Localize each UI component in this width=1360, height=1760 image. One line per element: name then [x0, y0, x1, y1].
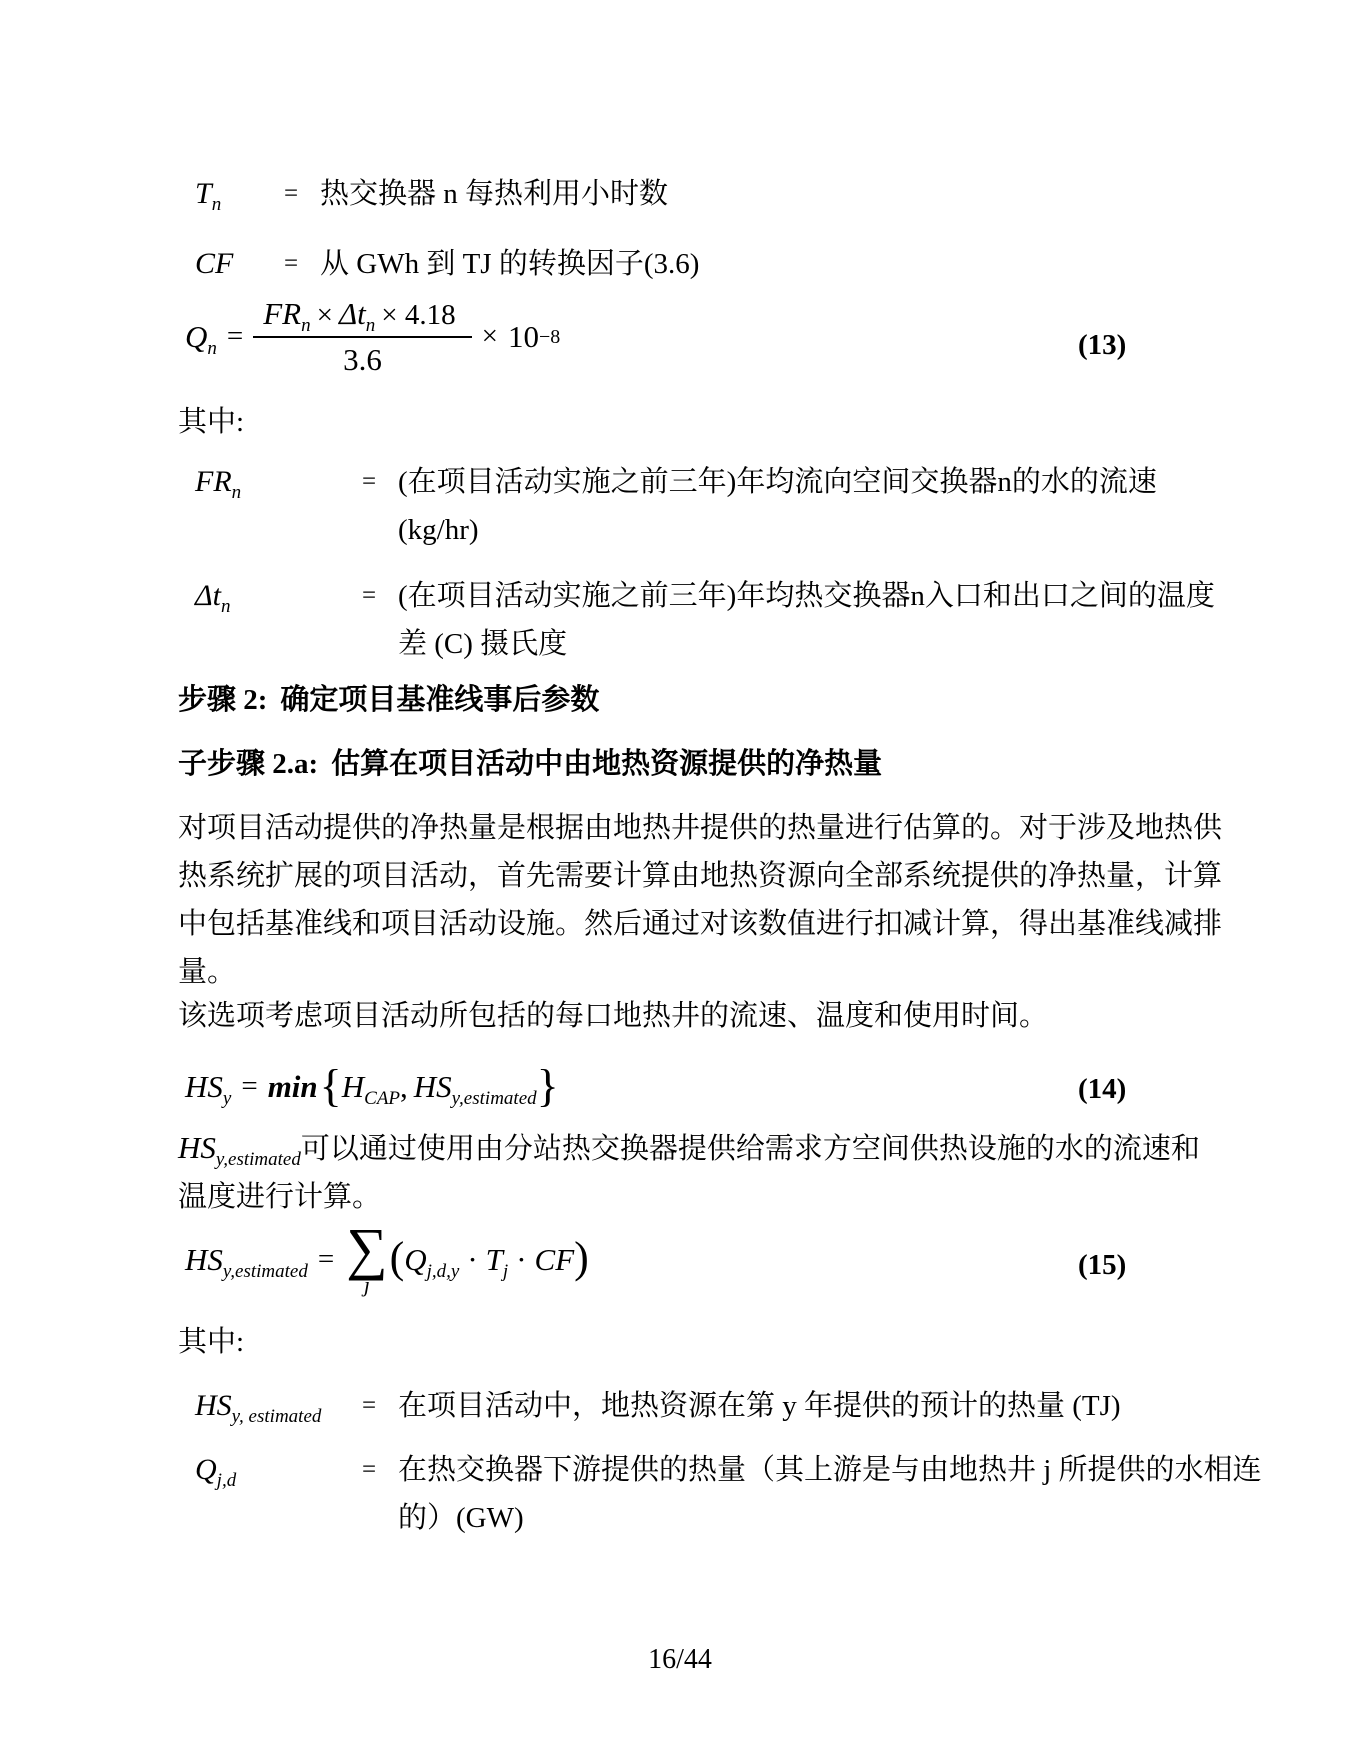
var-HS: HS	[185, 1242, 223, 1277]
equals-sign: =	[362, 1382, 376, 1430]
symbol-sub: y, estimated	[232, 1406, 322, 1427]
paragraph-line: 中包括基准线和项目活动设施。然后通过对该数值进行扣减计算，得出基准线减排	[178, 900, 1222, 948]
times-sign: ×	[482, 320, 498, 353]
equation-number-15: (15)	[1078, 1248, 1126, 1282]
var-Q-sub: j,d,y	[427, 1261, 460, 1282]
arg-T: Tj	[486, 1242, 509, 1278]
sigma-symbol: ∑	[346, 1224, 387, 1274]
paragraph-line: 温度进行计算。	[178, 1173, 1200, 1221]
definition-line: 在热交换器下游提供的热量（其上游是与由地热井 j 所提供的水相连	[398, 1446, 1262, 1494]
denominator: 3.6	[253, 338, 471, 378]
definition-text: 在项目活动中，地热资源在第 y 年提供的预计的热量 (TJ)	[398, 1382, 1121, 1430]
definition-row: HSy, estimated = 在项目活动中，地热资源在第 y 年提供的预计的…	[0, 1382, 1360, 1430]
symbol-main: Δt	[195, 579, 221, 612]
definition-line: (在项目活动实施之前三年)年均热交换器n入口和出口之间的温度	[398, 572, 1215, 620]
definition-line: 差 (C) 摄氏度	[398, 620, 1215, 668]
equation-number-13: (13)	[1078, 328, 1126, 362]
var-HS: HS	[185, 1069, 223, 1104]
step-2-label: 步骤 2:	[178, 684, 267, 716]
paragraph-line: 热系统扩展的项目活动，首先需要计算由地热资源向全部系统提供的净热量，计算	[178, 852, 1222, 900]
symbol-main: FR	[195, 465, 232, 498]
symbol-main: T	[195, 177, 212, 210]
open-paren: (	[390, 1236, 405, 1280]
document-page: Tn = 热交换器 n 每热利用小时数 CF = 从 GWh 到 TJ 的转换因…	[0, 0, 1360, 1760]
page-number: 16/44	[0, 1642, 1360, 1678]
symbol-main: Q	[195, 1453, 217, 1486]
power-base: 10	[508, 319, 539, 355]
definition-row: Tn = 热交换器 n 每热利用小时数	[0, 170, 1360, 218]
paragraph-line: HSy,estimated可以通过使用由分站热交换器提供给需求方空间供热设施的水…	[178, 1124, 1200, 1173]
symbol-main: CF	[195, 247, 233, 280]
symbol: FRn	[195, 458, 241, 506]
formula-14: HSy = min { HCAP , HSy,estimated }	[185, 1064, 559, 1110]
symbol: Δtn	[195, 572, 230, 620]
paragraph: 该选项考虑项目活动所包括的每口地热井的流速、温度和使用时间。	[178, 992, 1048, 1040]
definition-text: 在热交换器下游提供的热量（其上游是与由地热井 j 所提供的水相连的）(GW)	[398, 1446, 1262, 1542]
where-label: 其中:	[178, 1318, 244, 1366]
equation-number-14: (14)	[1078, 1072, 1126, 1106]
dot-operator: ·	[467, 1242, 477, 1278]
substep-2a-label: 子步骤 2.a:	[178, 748, 318, 780]
var-H: H	[342, 1069, 364, 1104]
where-label: 其中:	[178, 398, 244, 446]
dot-operator: ·	[516, 1242, 526, 1278]
symbol: Qj,d	[195, 1446, 236, 1494]
equals-sign: =	[284, 240, 298, 288]
equals-sign: =	[362, 458, 376, 506]
var-FR: FR	[263, 296, 301, 331]
symbol-sub: n	[212, 194, 222, 215]
close-paren: )	[574, 1236, 589, 1280]
inline-var-HS: HSy,estimated	[178, 1130, 301, 1165]
step-2-heading: 步骤 2:确定项目基准线事后参数	[178, 676, 599, 724]
definition-line: 的）(GW)	[398, 1494, 1262, 1542]
formula-lhs: Qn	[185, 319, 217, 355]
sigma-index: j	[364, 1274, 370, 1296]
equals-sign: =	[241, 1070, 257, 1103]
var-Q: Q	[185, 319, 207, 354]
step-2-title: 确定项目基准线事后参数	[280, 684, 599, 716]
inline-text: 可以通过使用由分站热交换器提供给需求方空间供热设施的水的流速和	[301, 1133, 1200, 1165]
close-brace: }	[537, 1063, 559, 1109]
arg-Q: Qj,d,y	[404, 1242, 459, 1278]
symbol: HSy, estimated	[195, 1382, 321, 1430]
definition-text: (在项目活动实施之前三年)年均热交换器n入口和出口之间的温度差 (C) 摄氏度	[398, 572, 1215, 668]
formula-lhs: HSy	[185, 1069, 231, 1105]
definition-row: Qj,d = 在热交换器下游提供的热量（其上游是与由地热井 j 所提供的水相连的…	[0, 1446, 1360, 1542]
definition-row: CF = 从 GWh 到 TJ 的转换因子(3.6)	[0, 240, 1360, 288]
formula-13: Qn = FRn×Δtn× 4.18 3.6 × 10−8	[185, 296, 560, 378]
var-Q: Q	[404, 1242, 426, 1277]
var-dt: Δt	[339, 296, 366, 331]
fraction: FRn×Δtn× 4.18 3.6	[253, 296, 471, 378]
symbol-sub: j,d	[217, 1470, 237, 1491]
definition-text: (在项目活动实施之前三年)年均流向空间交换器n的水的流速(kg/hr)	[398, 458, 1157, 554]
var-HS: HS	[178, 1130, 216, 1165]
symbol: CF	[195, 240, 233, 288]
symbol-sub: n	[232, 482, 242, 503]
times-sign: ×	[317, 299, 333, 331]
arg-CF: CF	[535, 1242, 575, 1278]
var-H-sub: CAP	[364, 1088, 400, 1109]
var-T: T	[486, 1242, 503, 1277]
var-T-sub: j	[503, 1261, 508, 1282]
var-HS2-sub: y,estimated	[452, 1088, 537, 1109]
definition-line: (kg/hr)	[398, 506, 1157, 554]
formula-lhs: HSy,estimated	[185, 1242, 308, 1278]
substep-2a-title: 估算在项目活动中由地热资源提供的净热量	[331, 748, 882, 780]
var-HS-sub: y	[223, 1088, 231, 1109]
definition-line: (在项目活动实施之前三年)年均流向空间交换器n的水的流速	[398, 458, 1157, 506]
equals-sign: =	[362, 1446, 376, 1494]
definition-text: 热交换器 n 每热利用小时数	[320, 170, 668, 218]
times-constant: × 4.18	[381, 299, 455, 331]
definition-row: FRn = (在项目活动实施之前三年)年均流向空间交换器n的水的流速(kg/hr…	[0, 458, 1360, 554]
equals-sign: =	[318, 1243, 334, 1276]
arg-HS-estimated: HSy,estimated	[414, 1069, 537, 1105]
paragraph: 对项目活动提供的净热量是根据由地热井提供的热量进行估算的。对于涉及地热供 热系统…	[178, 804, 1222, 996]
min-function: min	[268, 1069, 318, 1105]
var-Q-sub: n	[207, 338, 217, 359]
formula-15: HSy,estimated = ∑ j ( Qj,d,y · Tj · CF )	[185, 1224, 589, 1296]
var-HS2: HS	[414, 1069, 452, 1104]
equals-sign: =	[362, 572, 376, 620]
equals-sign: =	[284, 170, 298, 218]
open-brace: {	[320, 1063, 342, 1109]
paragraph-line: 对项目活动提供的净热量是根据由地热井提供的热量进行估算的。对于涉及地热供	[178, 804, 1222, 852]
comma: ,	[400, 1069, 408, 1105]
arg-HCAP: HCAP	[342, 1069, 400, 1105]
substep-2a-heading: 子步骤 2.a:估算在项目活动中由地热资源提供的净热量	[178, 740, 882, 788]
symbol-main: HS	[195, 1389, 232, 1422]
equals-sign: =	[227, 320, 243, 353]
var-CF: CF	[535, 1242, 575, 1277]
definition-row: Δtn = (在项目活动实施之前三年)年均热交换器n入口和出口之间的温度差 (C…	[0, 572, 1360, 668]
var-HS-sub: y,estimated	[223, 1261, 308, 1282]
symbol: Tn	[195, 170, 221, 218]
paragraph: HSy,estimated可以通过使用由分站热交换器提供给需求方空间供热设施的水…	[178, 1124, 1200, 1221]
var-dt-sub: n	[366, 315, 376, 336]
symbol-sub: n	[221, 596, 231, 617]
summation: ∑ j	[346, 1224, 387, 1296]
paragraph-line: 量。	[178, 948, 1222, 996]
numerator: FRn×Δtn× 4.18	[253, 296, 471, 338]
definition-text: 从 GWh 到 TJ 的转换因子(3.6)	[320, 240, 699, 288]
var-FR-sub: n	[301, 315, 311, 336]
var-HS-sub: y,estimated	[216, 1149, 301, 1170]
